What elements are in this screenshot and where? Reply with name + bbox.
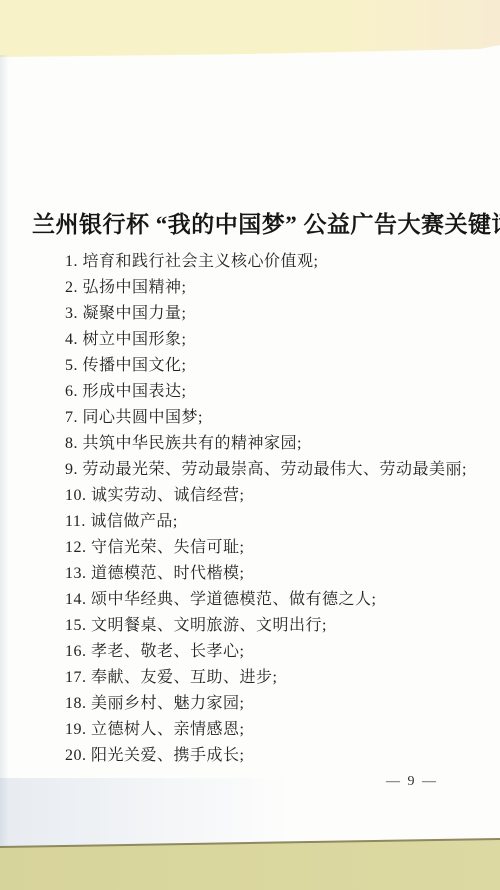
- list-item: 15. 文明餐桌、文明旅游、文明出行;: [65, 613, 475, 639]
- list-item: 5. 传播中国文化;: [65, 353, 475, 379]
- list-item: 10. 诚实劳动、诚信经营;: [65, 483, 475, 509]
- list-item: 18. 美丽乡村、魅力家园;: [65, 691, 475, 717]
- list-item: 8. 共筑中华民族共有的精神家园;: [65, 431, 475, 457]
- list-item: 11. 诚信做产品;: [65, 509, 475, 535]
- list-item: 14. 颂中华经典、学道德模范、做有德之人;: [65, 587, 475, 613]
- page-title: 兰州银行杯 “我的中国梦” 公益广告大赛关键词: [32, 206, 472, 239]
- page-edge-shadow: [0, 55, 9, 850]
- list-item: 6. 形成中国表达;: [65, 379, 475, 405]
- list-item: 17. 奉献、友爱、互助、进步;: [65, 665, 475, 691]
- photo-frame: 兰州银行杯 “我的中国梦” 公益广告大赛关键词 1. 培育和践行社会主义核心价值…: [0, 0, 500, 890]
- list-item: 12. 守信光荣、失信可耻;: [65, 535, 475, 561]
- list-item: 2. 弘扬中国精神;: [65, 275, 475, 301]
- list-item: 3. 凝聚中国力量;: [65, 301, 475, 327]
- page-number: — 9 —: [386, 774, 438, 790]
- list-item: 9. 劳动最光荣、劳动最崇高、劳动最伟大、劳动最美丽;: [65, 457, 475, 483]
- list-item: 13. 道德模范、时代楷模;: [65, 561, 475, 587]
- list-item: 16. 孝老、敬老、长孝心;: [65, 639, 475, 665]
- list-item: 1. 培育和践行社会主义核心价值观;: [65, 249, 475, 275]
- list-item: 7. 同心共圆中国梦;: [65, 405, 475, 431]
- list-item: 4. 树立中国形象;: [65, 327, 475, 353]
- background-surface-top: [0, 0, 500, 60]
- list-item: 19. 立德树人、亲情感恩;: [65, 717, 475, 743]
- keyword-list: 1. 培育和践行社会主义核心价值观;2. 弘扬中国精神;3. 凝聚中国力量;4.…: [65, 249, 475, 769]
- list-item: 20. 阳光关爱、携手成长;: [65, 743, 475, 769]
